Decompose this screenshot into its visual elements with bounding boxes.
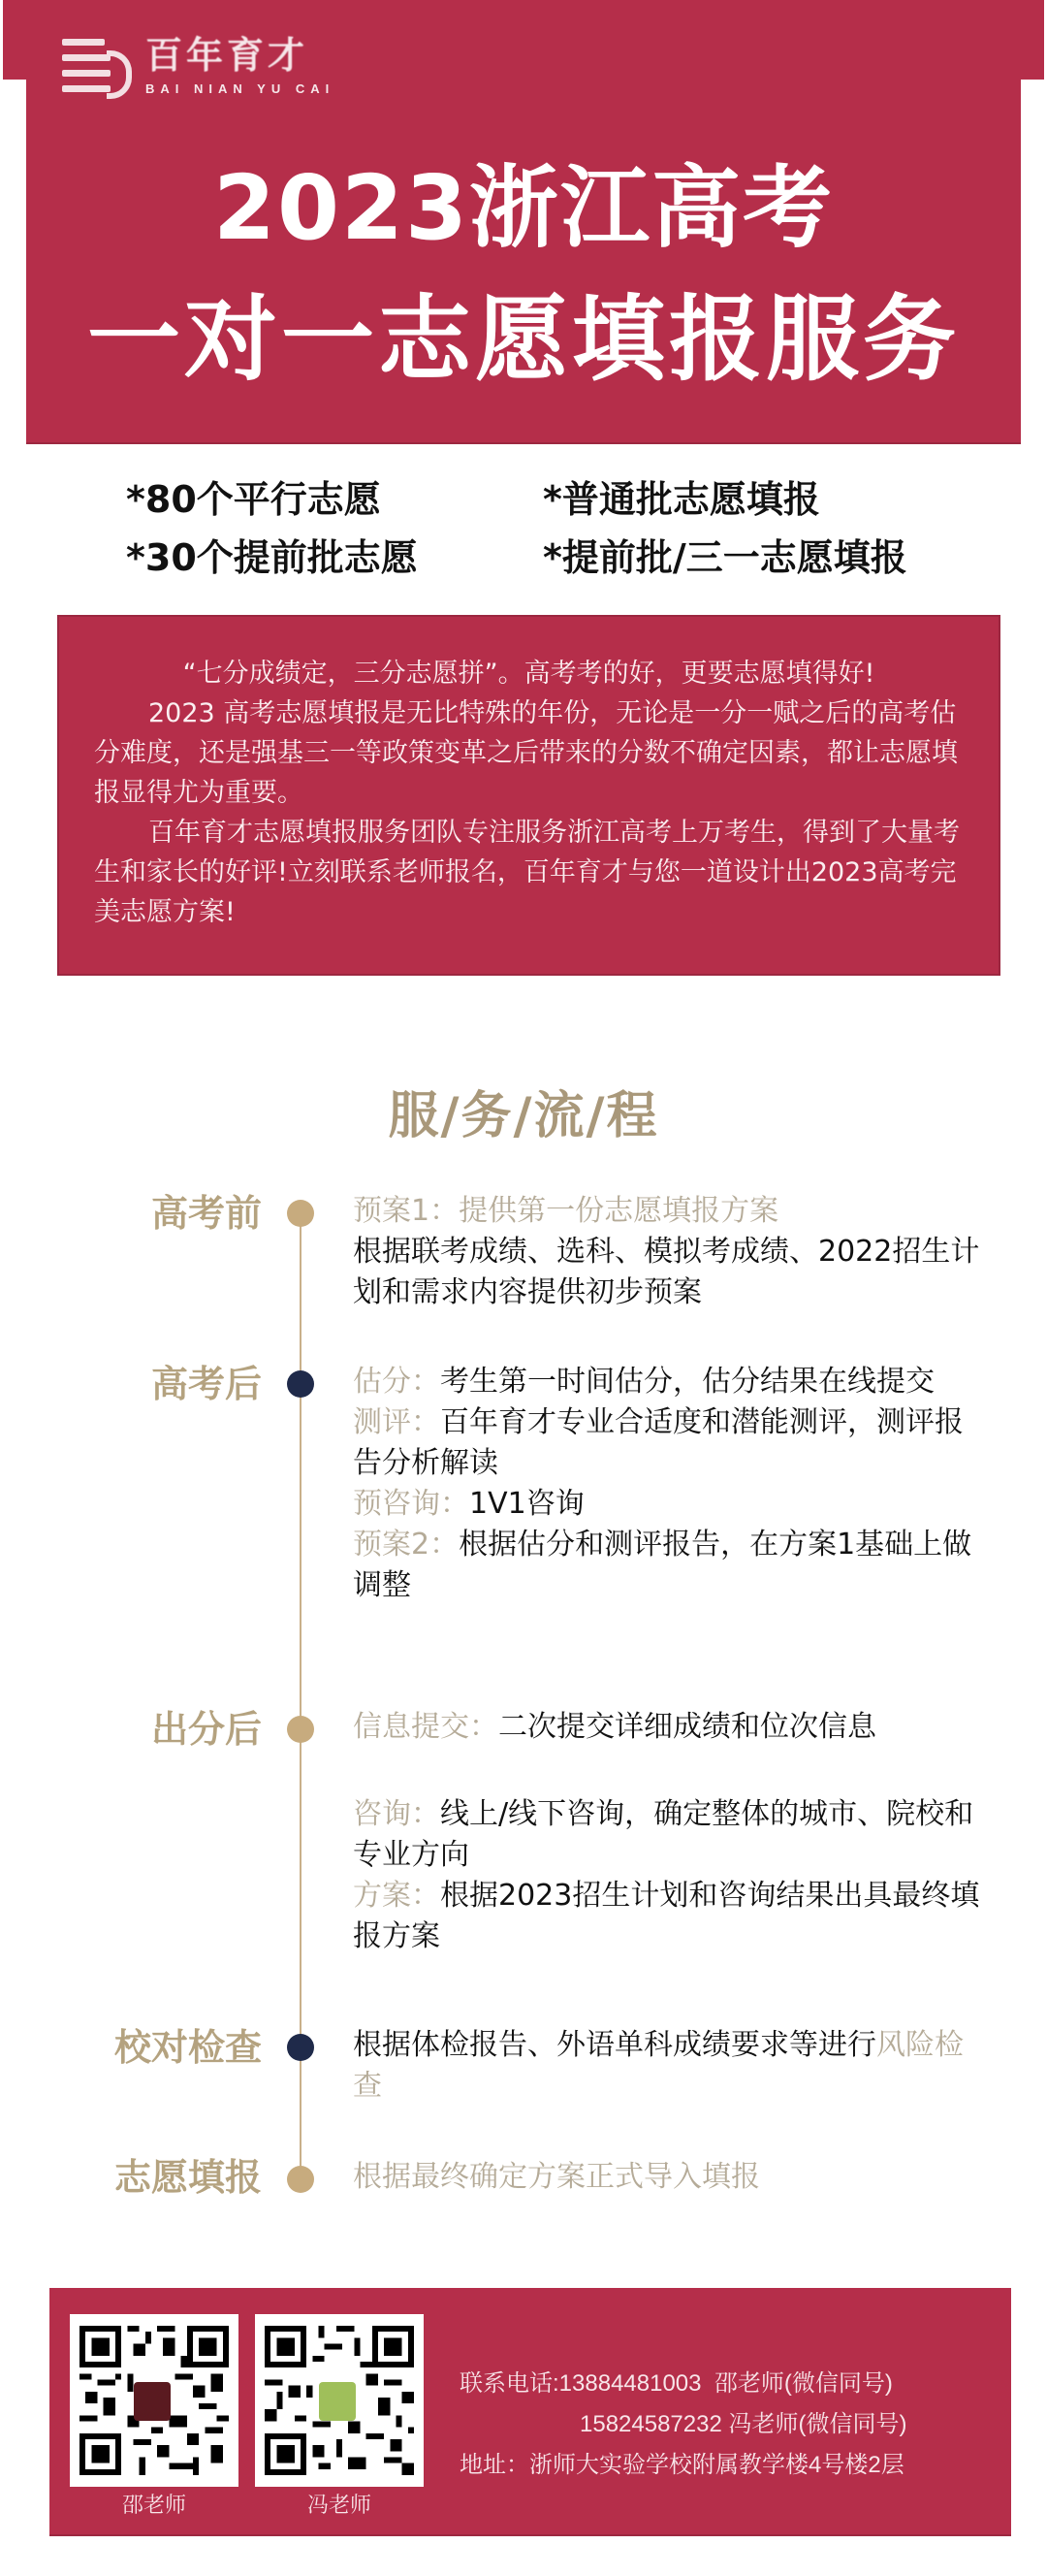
stage-steps: 根据最终确定方案正式导入填报 [353, 2157, 983, 2198]
step-label: 估分： [353, 1365, 440, 1399]
feature-item: *提前批/三一志愿填报 [543, 533, 960, 582]
brand-name-en: BAI NIAN YU CAI [145, 81, 334, 96]
contact-footer: 邵老师 冯老师 联系电话:13884481003 邵老师(微信同号) 15824… [49, 2288, 1011, 2536]
step-label: 方案： [353, 1879, 440, 1913]
step-text: 根据2023招生计划和咨询结果出具最终填报方案 [353, 1879, 979, 1953]
address-label: 地址： [460, 2452, 529, 2478]
address-text: 浙师大实验学校附属教学楼4号楼2层 [529, 2452, 904, 2478]
stage-steps: 预案1：提供第一份志愿填报方案 根据联考成绩、选科、模拟考成绩、2022招生计划… [353, 1191, 983, 1313]
intro-paragraph: 2023 高考志愿填报是无比特殊的年份，无论是一分一赋之后的高考估分难度，还是强… [94, 693, 964, 813]
wechat-qr-code-icon[interactable] [255, 2314, 424, 2487]
step-text: 根据最终确定方案正式导入填报 [353, 2160, 760, 2194]
contact-info: 联系电话:13884481003 邵老师(微信同号) 15824587232 冯… [460, 2364, 983, 2486]
teacher-name: 邵老师(微信同号) [714, 2370, 893, 2397]
wechat-qr-code-icon[interactable] [70, 2314, 238, 2487]
step-label: 信息提交： [353, 1710, 498, 1744]
stage-steps: 估分：考生第一时间估分，估分结果在线提交 测评：百年育才专业合适度和潜能测评，测… [353, 1362, 983, 1606]
step-label: 测评： [353, 1405, 440, 1439]
brand-name-cn: 百年育才 [145, 35, 334, 76]
qr-label: 邵老师 [70, 2492, 238, 2521]
stage-steps: 根据体检报告、外语单科成绩要求等进行风险检查 [353, 2025, 983, 2107]
teacher-name: 冯老师(微信同号) [729, 2411, 907, 2437]
timeline-dot-icon [287, 1200, 314, 1227]
intro-box: “七分成绩定，三分志愿拼”。高考考的好，更要志愿填得好! 2023 高考志愿填报… [57, 615, 1000, 976]
step-text: 考生第一时间估分，估分结果在线提交 [440, 1365, 935, 1399]
step-text: 百年育才专业合适度和潜能测评，测评报告分析解读 [353, 1405, 964, 1480]
step-label: 预咨询： [353, 1487, 469, 1521]
intro-slogan: “七分成绩定，三分志愿拼”。高考考的好，更要志愿填得好! [94, 654, 964, 693]
feature-list: *80个平行志愿 *普通批志愿填报 *30个提前批志愿 *提前批/三一志愿填报 [126, 475, 960, 582]
stage-label: 志愿填报 [39, 2153, 262, 2202]
step-text: 根据体检报告、外语单科成绩要求等进行 [353, 2028, 876, 2062]
feature-item: *80个平行志愿 [126, 475, 543, 524]
hero-title-line1: 2023浙江高考 [26, 155, 1021, 262]
avatar [134, 2382, 171, 2421]
step-text: 1V1咨询 [469, 1487, 585, 1521]
qr-label: 冯老师 [255, 2492, 424, 2521]
stage-label: 出分后 [78, 1705, 262, 1754]
phone-number[interactable]: 13884481003 [559, 2370, 702, 2397]
flow-title: 服/务/流/程 [0, 1075, 1047, 1147]
step-label: 咨询： [353, 1797, 440, 1831]
timeline-dot-icon [287, 1370, 314, 1398]
phone-label: 联系电话: [460, 2370, 559, 2397]
step-text: 二次提交详细成绩和位次信息 [498, 1710, 876, 1744]
book-stack-icon [62, 35, 132, 99]
phone-number[interactable]: 15824587232 [580, 2411, 722, 2437]
step-text: 根据联考成绩、选科、模拟考成绩、2022招生计划和需求内容提供初步预案 [353, 1235, 979, 1309]
feature-item: *普通批志愿填报 [543, 475, 960, 524]
step-label: 预案1：提供第一份志愿填报方案 [353, 1194, 778, 1228]
brand-logo: 百年育才 BAI NIAN YU CAI [62, 35, 334, 99]
stage-steps: 信息提交：二次提交详细成绩和位次信息 咨询：线上/线下咨询，确定整体的城市、院校… [353, 1707, 983, 1957]
avatar [319, 2382, 356, 2421]
hero-title-line2: 一对一志愿填报服务 [26, 281, 1021, 398]
step-text: 线上/线下咨询，确定整体的城市、院校和专业方向 [353, 1797, 973, 1872]
feature-item: *30个提前批志愿 [126, 533, 543, 582]
timeline-dot-icon [287, 2166, 314, 2193]
timeline-dot-icon [287, 1716, 314, 1743]
intro-paragraph: 百年育才志愿填报服务团队专注服务浙江高考上万考生，得到了大量考生和家长的好评!立… [94, 813, 964, 932]
stage-label: 高考前 [78, 1189, 262, 1238]
stage-label: 校对检查 [39, 2023, 262, 2072]
stage-label: 高考后 [78, 1360, 262, 1408]
timeline-dot-icon [287, 2034, 314, 2061]
step-label: 预案2： [353, 1528, 459, 1562]
